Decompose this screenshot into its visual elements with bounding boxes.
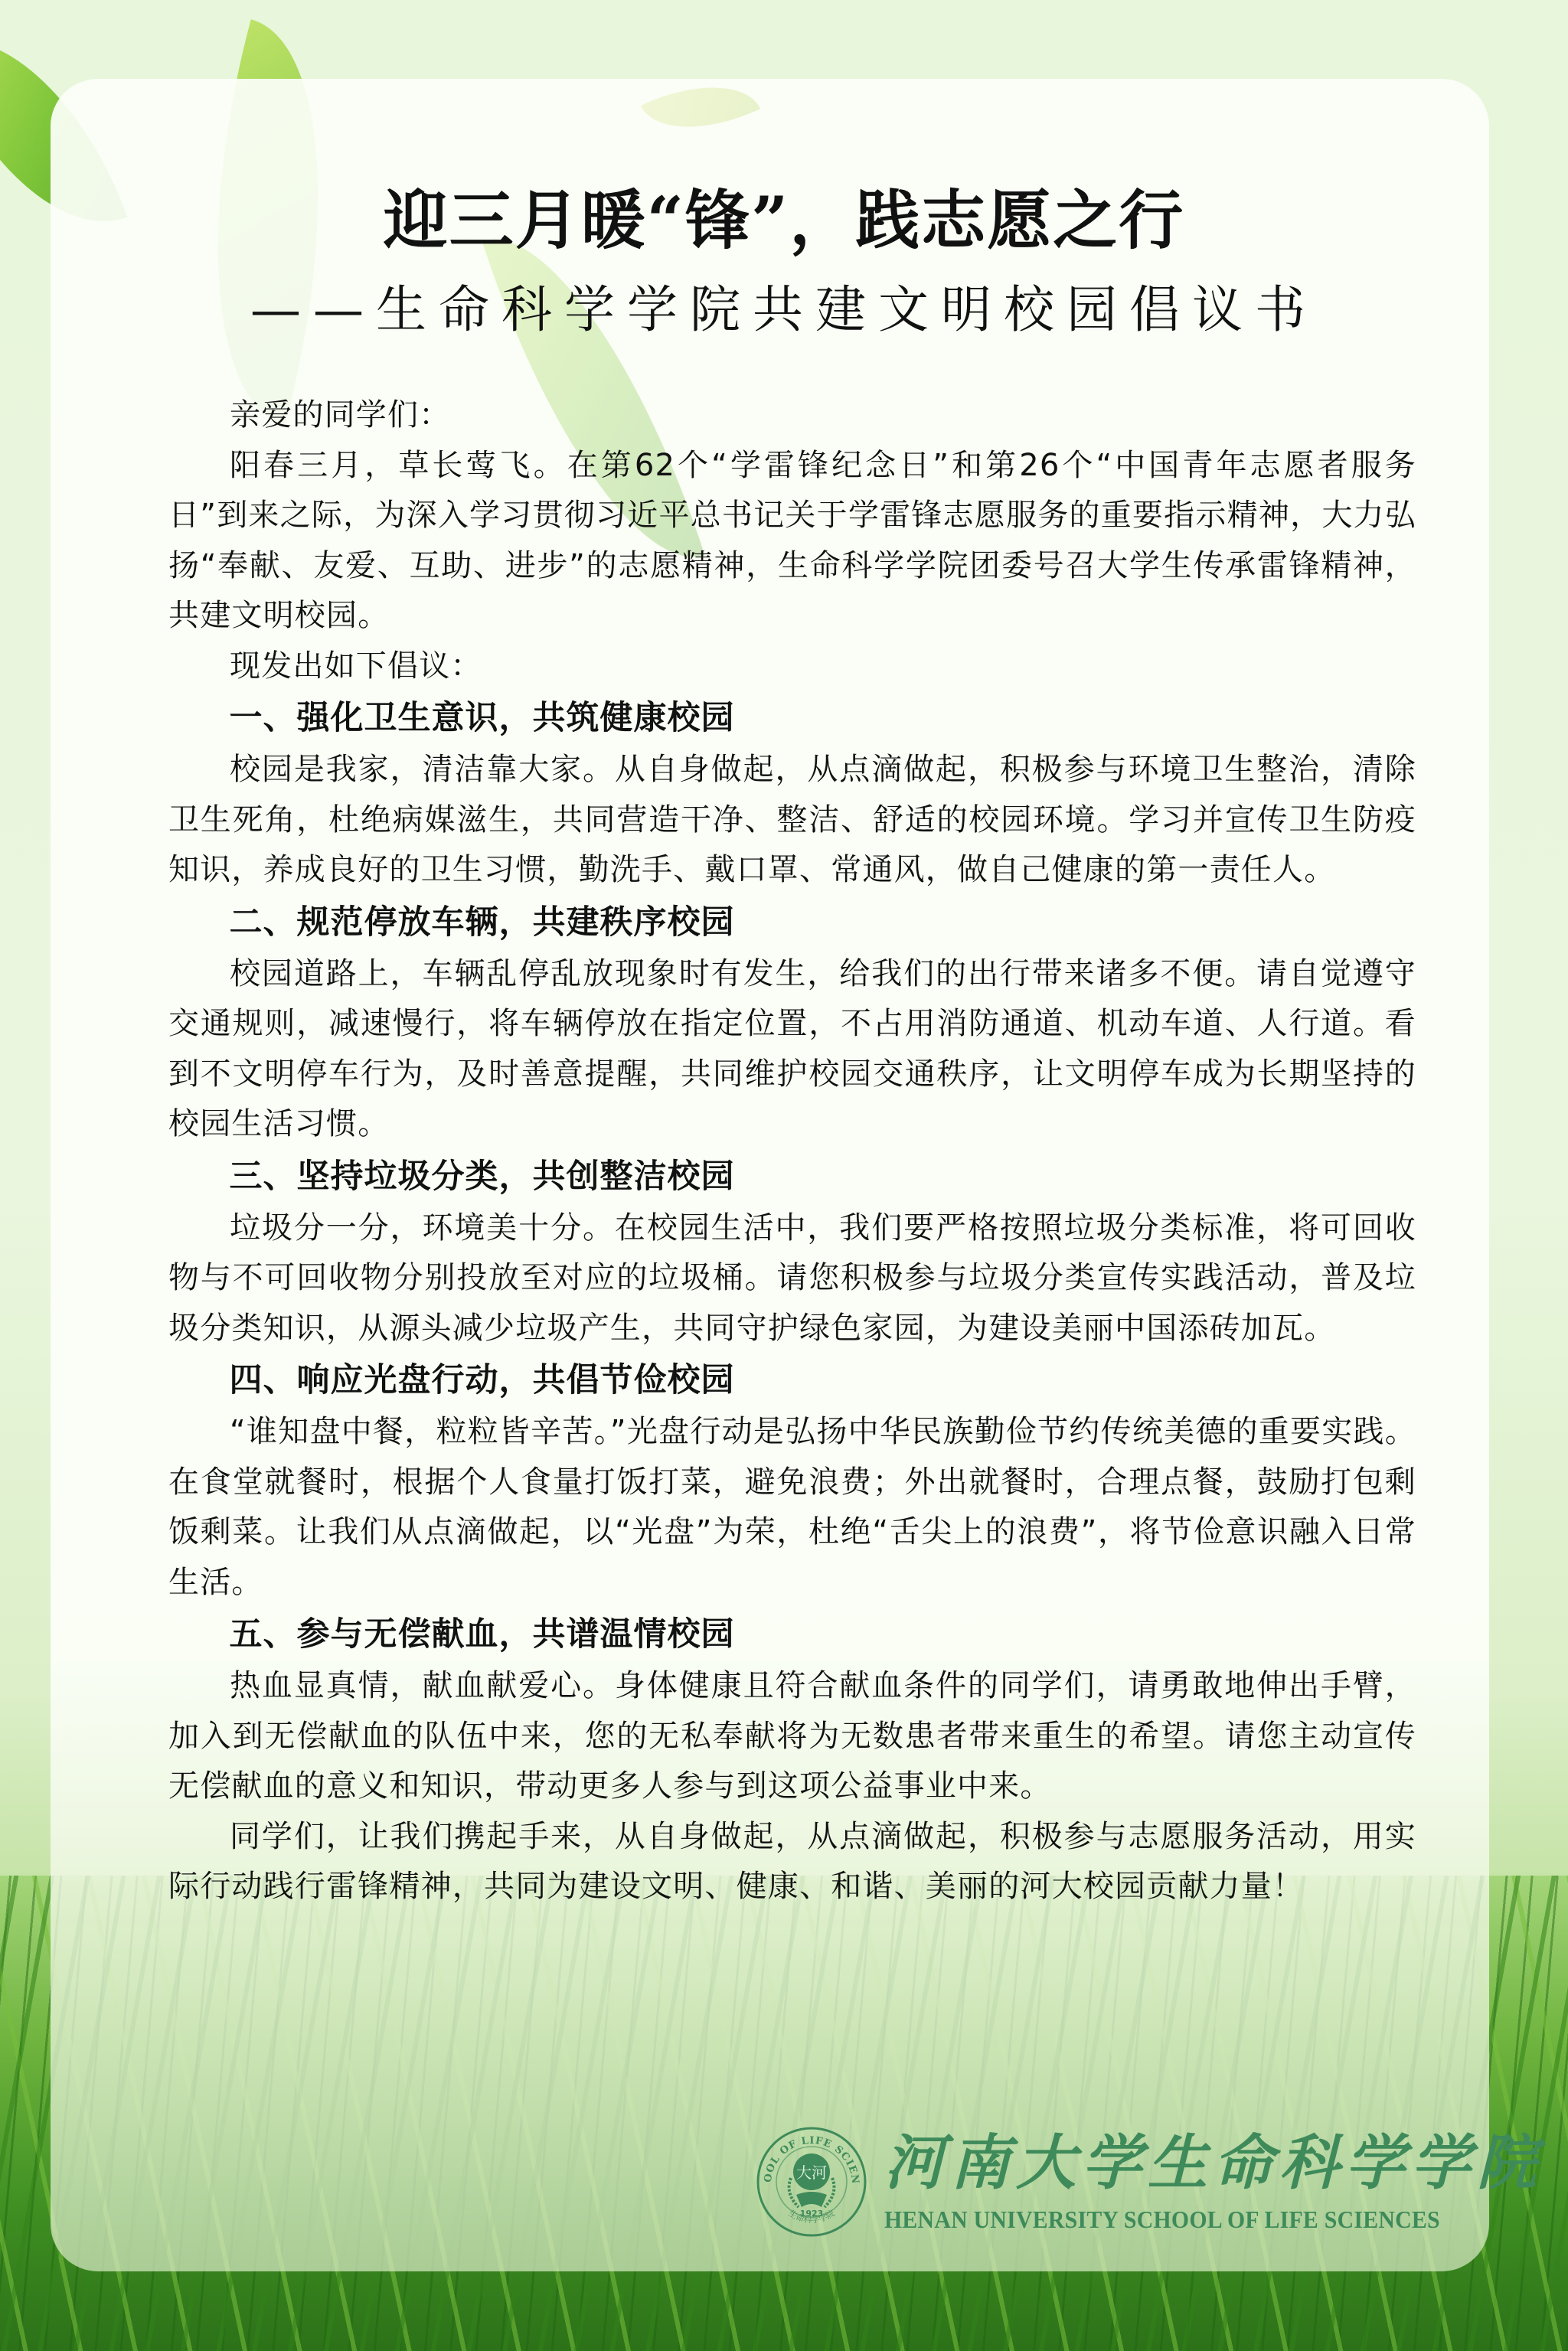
org-name-chinese: 河南大学生命科学学院 [884, 2129, 1543, 2198]
section-heading-blood-donation: 五、参与无偿献血，共谱温情校园 [168, 1608, 1416, 1661]
footer-signature: SCHOOL OF LIFE SCIENCES 大河 1923 生命科学学院 河… [754, 2124, 1428, 2255]
section-heading-garbage: 三、坚持垃圾分类，共创整洁校园 [168, 1150, 1416, 1203]
page-subtitle: ——生命科学学院共建文明校园倡议书 [0, 276, 1568, 344]
university-emblem-icon: SCHOOL OF LIFE SCIENCES 大河 1923 生命科学学院 [754, 2124, 869, 2239]
letter-body: 亲爱的同学们： 阳春三月，草长莺飞。在第62个“学雷锋纪念日”和第26个“中国青… [168, 390, 1416, 1912]
section-text-hygiene: 校园是我家，清洁靠大家。从自身做起，从点滴做起，积极参与环境卫生整治，清除卫生死… [168, 745, 1416, 896]
section-text-clean-plate: “谁知盘中餐，粒粒皆辛苦。”光盘行动是弘扬中华民族勤俭节约传统美德的重要实践。在… [168, 1407, 1416, 1608]
intro-paragraph: 阳春三月，草长莺飞。在第62个“学雷锋纪念日”和第26个“中国青年志愿者服务日”… [168, 441, 1416, 642]
section-heading-hygiene: 一、强化卫生意识，共筑健康校园 [168, 691, 1416, 745]
greeting: 亲爱的同学们： [168, 390, 1416, 441]
section-heading-parking: 二、规范停放车辆，共建秩序校园 [168, 896, 1416, 949]
svg-text:大河: 大河 [796, 2163, 827, 2182]
lead-paragraph: 现发出如下倡议： [168, 642, 1416, 692]
section-text-blood-donation: 热血显真情，献血献爱心。身体健康且符合献血条件的同学们，请勇敢地伸出手臂，加入到… [168, 1661, 1416, 1812]
closing-paragraph: 同学们，让我们携起手来，从自身做起，从点滴做起，积极参与志愿服务活动，用实际行动… [168, 1812, 1416, 1912]
section-text-garbage: 垃圾分一分，环境美十分。在校园生活中，我们要严格按照垃圾分类标准，将可回收物与不… [168, 1203, 1416, 1354]
page-title: 迎三月暖“锋”，践志愿之行 [0, 182, 1568, 259]
org-name-english: HENAN UNIVERSITY SCHOOL OF LIFE SCIENCES [884, 2204, 1440, 2235]
section-heading-clean-plate: 四、响应光盘行动，共倡节俭校园 [168, 1353, 1416, 1407]
section-text-parking: 校园道路上，车辆乱停乱放现象时有发生，给我们的出行带来诸多不便。请自觉遵守交通规… [168, 949, 1416, 1150]
